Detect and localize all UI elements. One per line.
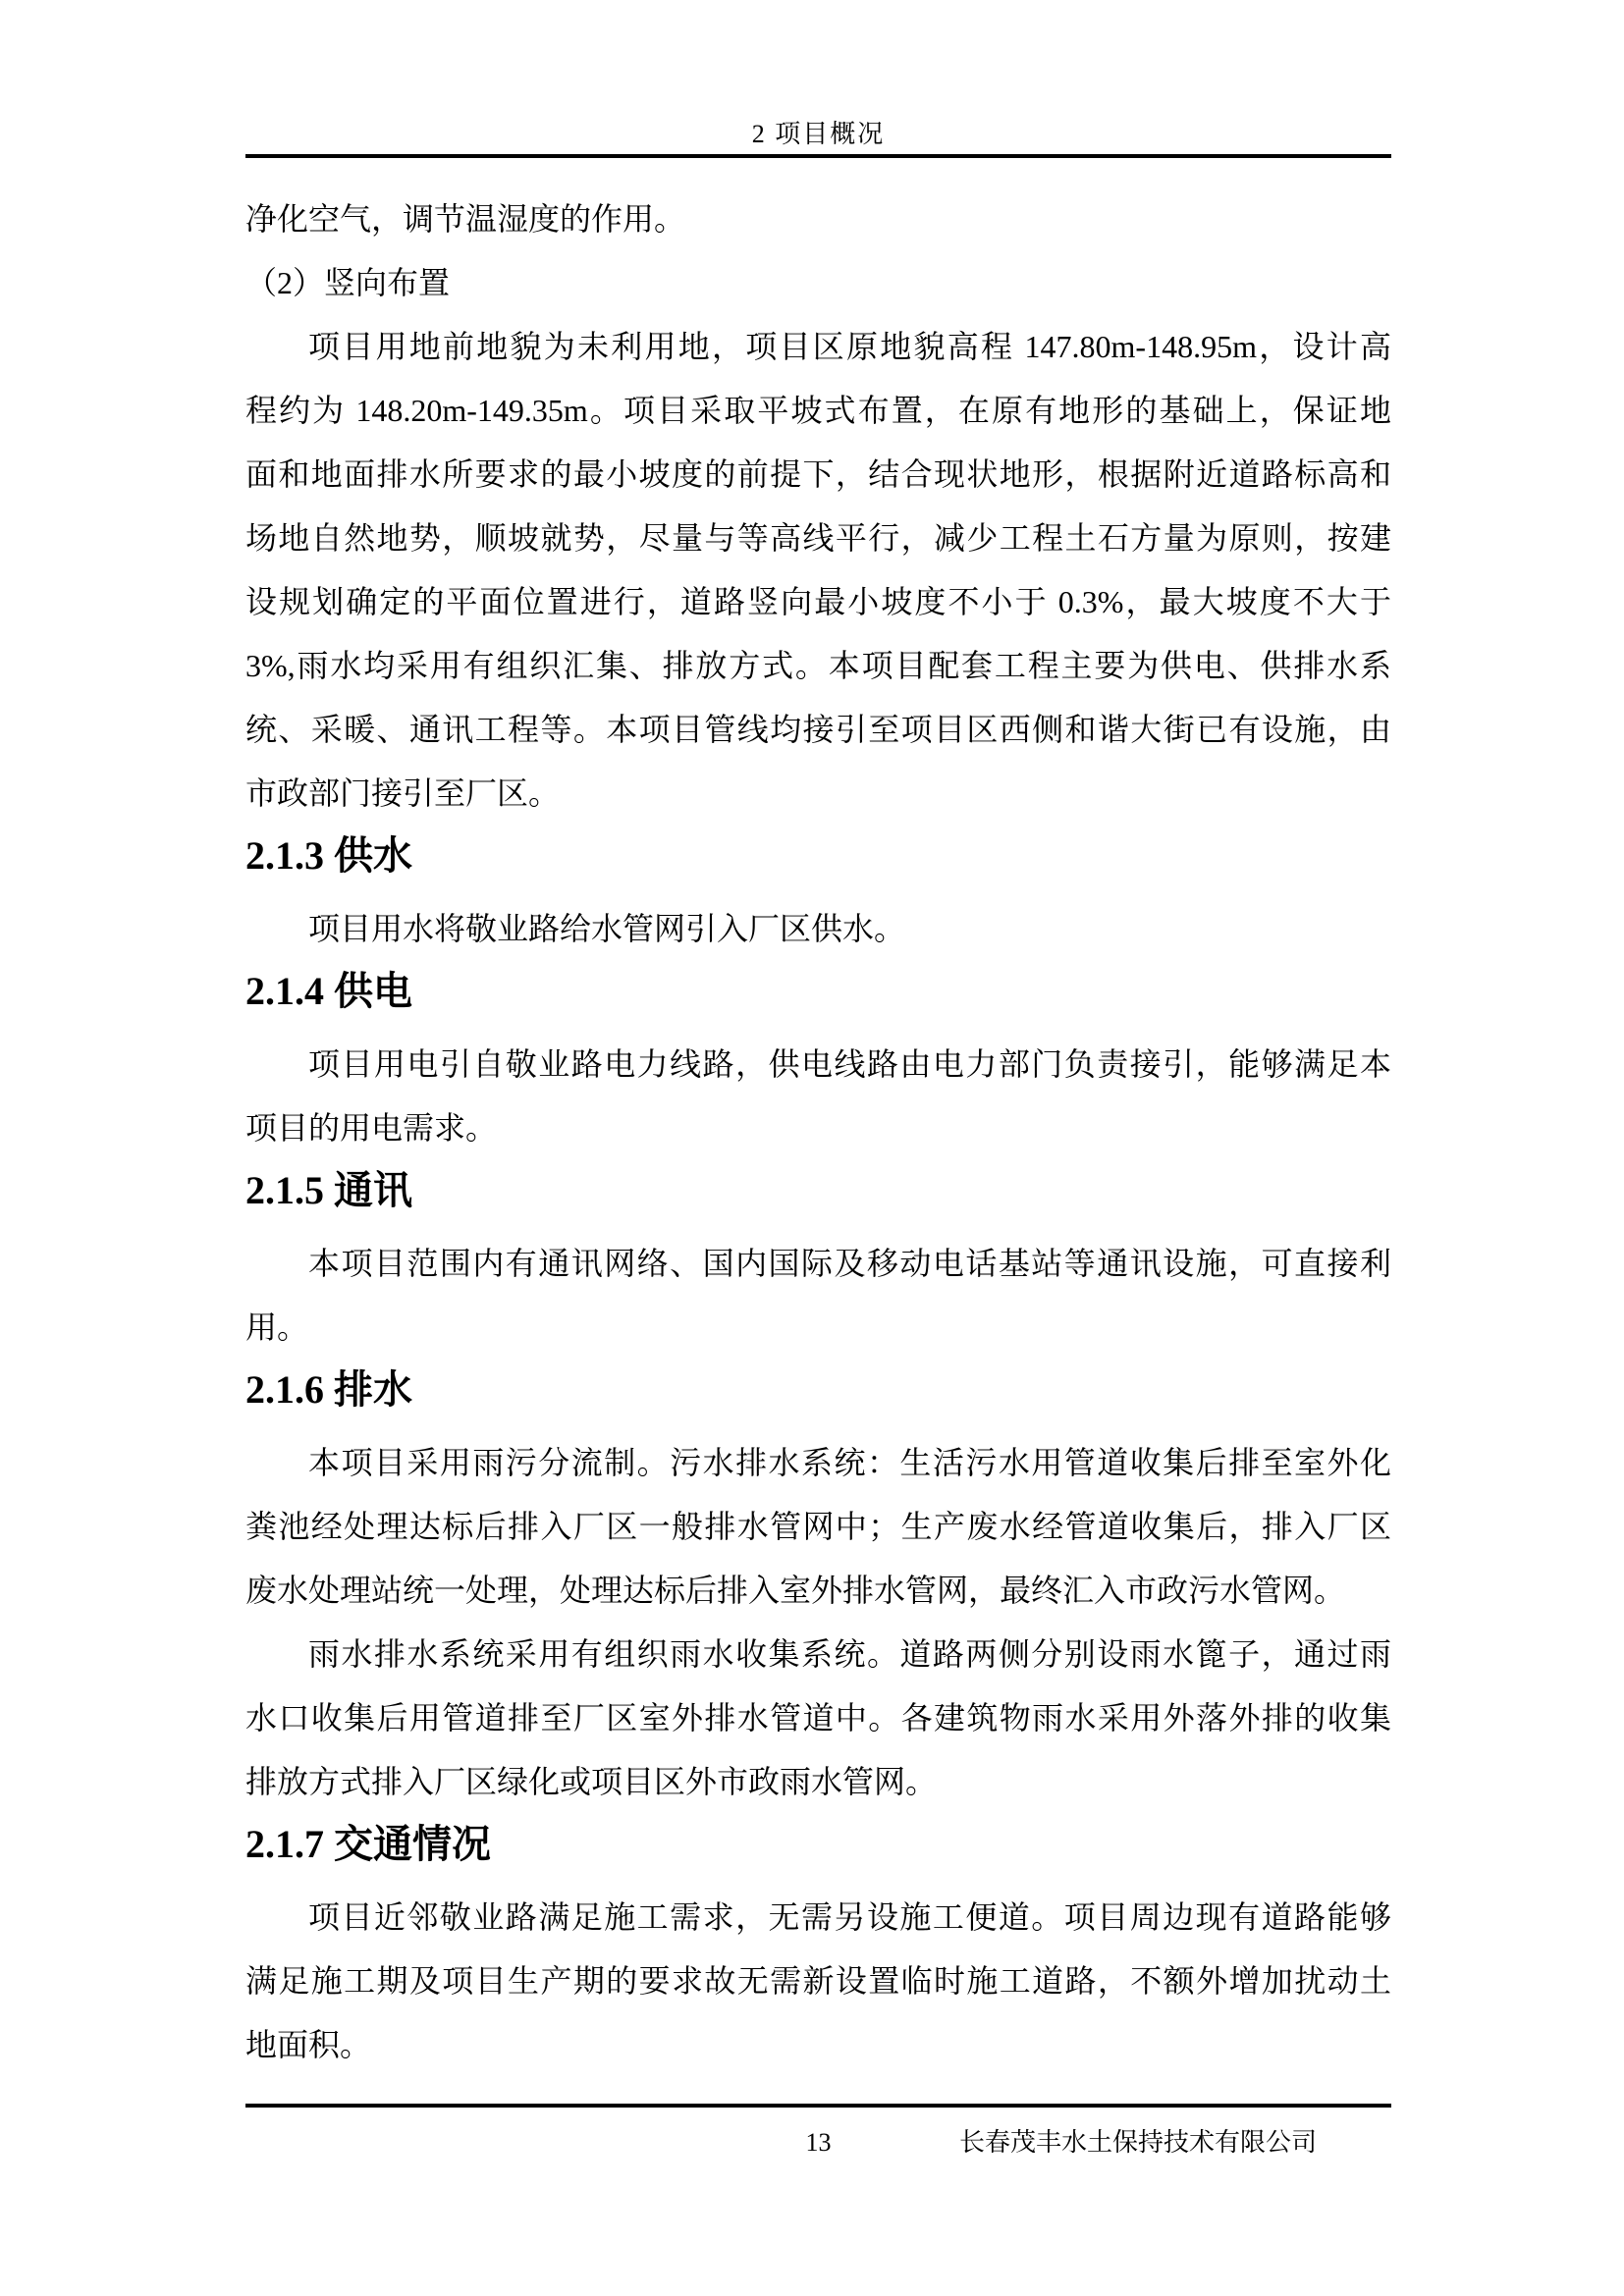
text-line: 排放方式排入厂区绿化或项目区外市政雨水管网。 — [245, 1750, 1391, 1814]
text-line: 废水处理站统一处理，处理达标后排入室外排水管网，最终汇入市政污水管网。 — [245, 1559, 1391, 1623]
section-heading: 2.1.6 排水 — [245, 1364, 1391, 1415]
text-line: 雨水排水系统采用有组织雨水收集系统。道路两侧分别设雨水篦子，通过雨 — [245, 1623, 1391, 1686]
text-line: 地面积。 — [245, 2013, 1391, 2077]
text-line: 项目用水将敬业路给水管网引入厂区供水。 — [245, 897, 1391, 961]
text-line: 本项目采用雨污分流制。污水排水系统：生活污水用管道收集后排至室外化 — [245, 1431, 1391, 1495]
text-line: 项目近邻敬业路满足施工需求，无需另设施工便道。项目周边现有道路能够 — [245, 1886, 1391, 1949]
section-heading: 2.1.4 供电 — [245, 966, 1391, 1017]
text-line: 市政部门接引至厂区。 — [245, 762, 1391, 826]
paragraph: 本项目采用雨污分流制。污水排水系统：生活污水用管道收集后排至室外化粪池经处理达标… — [245, 1431, 1391, 1623]
paragraph: 项目用水将敬业路给水管网引入厂区供水。 — [245, 897, 1391, 961]
footer-rule — [245, 2104, 1391, 2108]
section-heading: 2.1.3 供水 — [245, 830, 1391, 881]
document-body: 净化空气，调节温湿度的作用。（2）竖向布置项目用地前地貌为未利用地，项目区原地貌… — [245, 187, 1391, 2077]
paragraph: 雨水排水系统采用有组织雨水收集系统。道路两侧分别设雨水篦子，通过雨水口收集后用管… — [245, 1623, 1391, 1814]
footer-company: 长春茂丰水土保持技术有限公司 — [959, 2123, 1317, 2163]
text-line: 净化空气，调节温湿度的作用。 — [245, 187, 1391, 251]
text-line: 本项目范围内有通讯网络、国内国际及移动电话基站等通讯设施，可直接利 — [245, 1232, 1391, 1296]
text-line: 项目用电引自敬业路电力线路，供电线路由电力部门负责接引，能够满足本 — [245, 1033, 1391, 1096]
section-heading: 2.1.5 通讯 — [245, 1165, 1391, 1216]
paragraph: 项目用电引自敬业路电力线路，供电线路由电力部门负责接引，能够满足本项目的用电需求… — [245, 1033, 1391, 1160]
text-line: 场地自然地势，顺坡就势，尽量与等高线平行，减少工程土石方量为原则，按建 — [245, 507, 1391, 570]
page-number: 13 — [806, 2123, 832, 2163]
text-line: 项目用地前地貌为未利用地，项目区原地貌高程 147.80m-148.95m，设计… — [245, 315, 1391, 379]
text-line: （2）竖向布置 — [245, 251, 1391, 315]
text-line: 设规划确定的平面位置进行，道路竖向最小坡度不小于 0.3%，最大坡度不大于 — [245, 570, 1391, 634]
page-header: 2 项目概况 — [245, 115, 1391, 158]
text-line: 面和地面排水所要求的最小坡度的前提下，结合现状地形，根据附近道路标高和 — [245, 443, 1391, 507]
text-line: 满足施工期及项目生产期的要求故无需新设置临时施工道路，不额外增加扰动土 — [245, 1949, 1391, 2013]
paragraph: 本项目范围内有通讯网络、国内国际及移动电话基站等通讯设施，可直接利用。 — [245, 1232, 1391, 1360]
text-line: 用。 — [245, 1296, 1391, 1360]
paragraph: 项目近邻敬业路满足施工需求，无需另设施工便道。项目周边现有道路能够满足施工期及项… — [245, 1886, 1391, 2077]
text-line: 程约为 148.20m-149.35m。项目采取平坡式布置，在原有地形的基础上，… — [245, 379, 1391, 443]
text-line: 统、采暖、通讯工程等。本项目管线均接引至项目区西侧和谐大街已有设施，由 — [245, 698, 1391, 762]
header-title: 2 项目概况 — [245, 115, 1391, 154]
header-rule — [245, 154, 1391, 158]
text-line: 3%,雨水均采用有组织汇集、排放方式。本项目配套工程主要为供电、供排水系 — [245, 634, 1391, 698]
page-footer: 13 长春茂丰水土保持技术有限公司 — [245, 2104, 1391, 2163]
page-container: 2 项目概况 净化空气，调节温湿度的作用。（2）竖向布置项目用地前地貌为未利用地… — [0, 0, 1624, 2296]
text-line: 项目的用电需求。 — [245, 1096, 1391, 1160]
text-line: 粪池经处理达标后排入厂区一般排水管网中；生产废水经管道收集后，排入厂区 — [245, 1495, 1391, 1559]
section-heading: 2.1.7 交通情况 — [245, 1819, 1391, 1870]
footer-row: 13 长春茂丰水土保持技术有限公司 — [245, 2123, 1391, 2163]
paragraph: 项目用地前地貌为未利用地，项目区原地貌高程 147.80m-148.95m，设计… — [245, 315, 1391, 826]
text-line: 水口收集后用管道排至厂区室外排水管道中。各建筑物雨水采用外落外排的收集 — [245, 1686, 1391, 1750]
